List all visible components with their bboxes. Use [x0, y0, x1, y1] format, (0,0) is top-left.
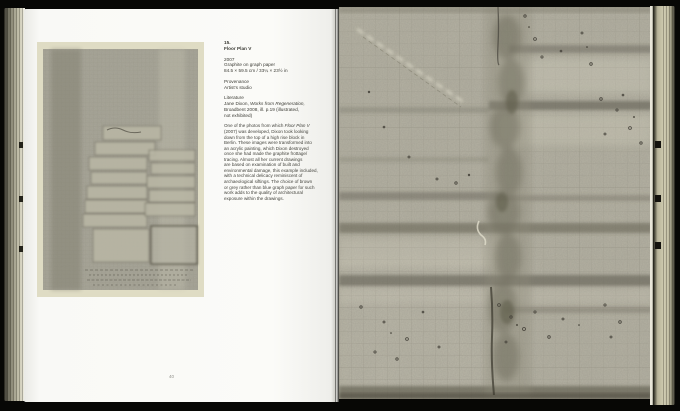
edge-tab	[19, 246, 23, 252]
bottom-vignette	[339, 393, 652, 399]
edge-tab	[655, 195, 661, 202]
page-number: 40	[169, 374, 174, 379]
description-line: exposure within the drawings.	[224, 196, 342, 202]
gutter-shadow	[331, 9, 339, 402]
page-edge-lines	[663, 6, 675, 405]
edge-tab	[655, 242, 661, 249]
catalogue-entry: 15. Floor Plan V 2007 Graphite on graph …	[224, 40, 342, 201]
left-fore-edge	[4, 8, 25, 401]
entry-dimensions: 84.5 × 59.5 cm / 33¼ × 23½ in	[224, 68, 342, 74]
literature-citation: Literature Jane Dixon, Works from Regene…	[224, 95, 342, 118]
description-paragraph: One of the photos from which Floor Plan …	[224, 123, 342, 201]
floor-plan-v-thumbnail-image	[37, 42, 204, 297]
edge-tab	[19, 142, 23, 148]
right-fore-edge	[650, 6, 675, 405]
artwork-thumbnail	[37, 42, 204, 297]
left-page: 15. Floor Plan V 2007 Graphite on graph …	[24, 9, 335, 402]
edge-tab	[655, 141, 661, 148]
book-spread-photo: 15. Floor Plan V 2007 Graphite on graph …	[0, 0, 680, 411]
floor-plan-v-detail-plate-image	[339, 7, 652, 399]
page-edge-lines	[4, 8, 25, 401]
literature-line3: not exhibited)	[224, 113, 342, 119]
provenance-value: Artist's studio	[224, 85, 342, 91]
entry-title: Floor Plan V	[224, 46, 342, 52]
top-vignette	[339, 7, 652, 13]
edge-tab	[19, 196, 23, 202]
center-seam	[477, 7, 531, 399]
vertical-shading-band	[51, 49, 81, 290]
right-page	[339, 7, 652, 399]
